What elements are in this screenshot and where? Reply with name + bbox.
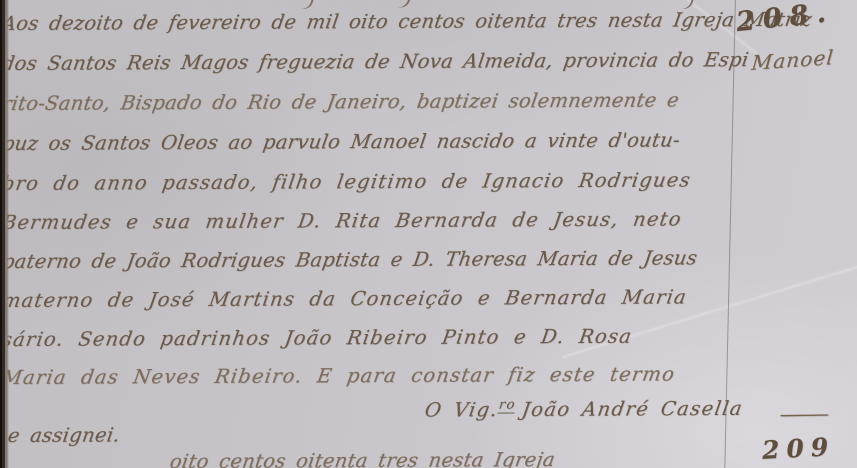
record-line: bro do anno passado, filho legitimo de I… bbox=[0, 168, 692, 195]
record-line: dos Santos Reis Magos freguezia de Nova … bbox=[0, 48, 750, 75]
signature-name: João André Casella bbox=[520, 397, 744, 421]
vicar-signature: O Vig.roJoão André Casella bbox=[423, 396, 745, 421]
record-number-bottom: 209 bbox=[761, 432, 836, 465]
margin-dash-mark: — bbox=[777, 401, 831, 426]
page-binding-edge bbox=[0, 0, 9, 468]
closing-phrase: e assignei. bbox=[6, 423, 122, 447]
record-line: paterno de João Rodrigues Baptista e D. … bbox=[0, 246, 699, 273]
record-line: puz os Santos Oleos ao parvulo Manoel na… bbox=[0, 128, 682, 155]
record-line: materno de José Martins da Conceição e B… bbox=[0, 285, 689, 312]
record-line: Aos dezoito de fevereiro de mil oito cen… bbox=[0, 8, 813, 35]
next-record-partial-line: oito centos oitenta tres nesta Igreja bbox=[168, 448, 556, 468]
record-number-top: 208. bbox=[735, 0, 835, 38]
manuscript-scan-page: Aos dezoito de fevereiro de mil oito cen… bbox=[0, 0, 857, 468]
margin-child-name: Manoel bbox=[751, 45, 835, 75]
signature-prefix: O Vig. bbox=[423, 398, 500, 421]
record-line: sário. Sendo padrinhos João Ribeiro Pint… bbox=[0, 325, 634, 351]
record-line: Maria das Neves Ribeiro. E para constar … bbox=[0, 362, 677, 389]
signature-superscript-abbrev: ro bbox=[498, 398, 517, 414]
record-line: Bermudes e sua mulher D. Rita Bernarda d… bbox=[0, 207, 683, 234]
record-line: rito-Santo, Bispado do Rio de Janeiro, b… bbox=[0, 88, 680, 115]
